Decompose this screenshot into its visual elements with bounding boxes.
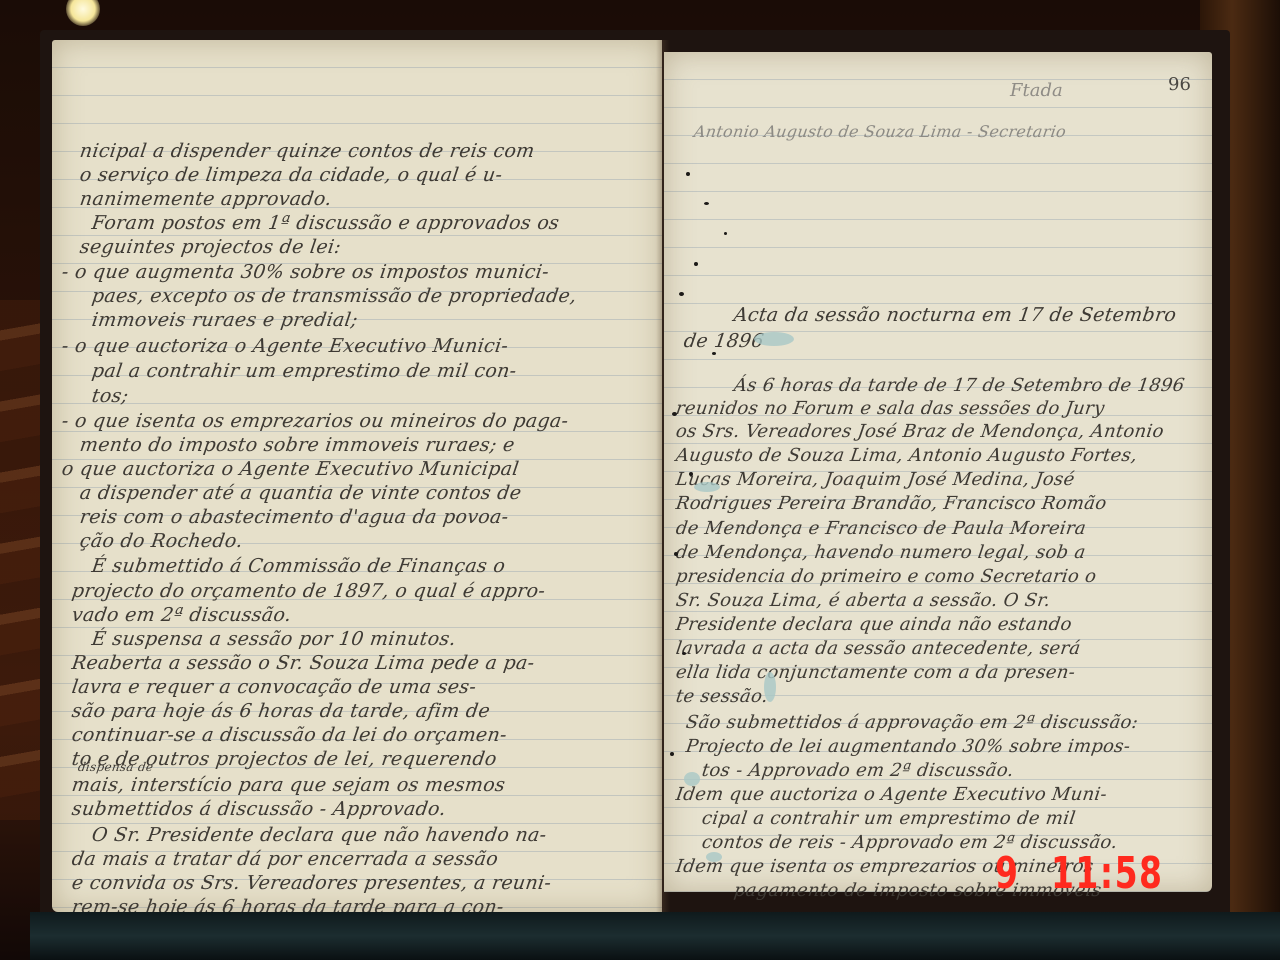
handwritten-line: Rodrigues Pereira Brandão, Francisco Rom… xyxy=(675,493,1108,514)
ink-spot xyxy=(682,652,686,655)
timestamp-day: 9 xyxy=(995,848,1019,899)
handwritten-line: - o que isenta os emprezarios ou mineiro… xyxy=(60,410,569,432)
handwritten-line: reunidos no Forum e sala das sessões do … xyxy=(675,398,1106,419)
handwritten-line: a dispender até a quantia de vinte conto… xyxy=(78,482,522,504)
handwritten-line: submettidos á discussão - Approvado. xyxy=(70,798,447,820)
ink-spot xyxy=(674,552,678,556)
ink-spot xyxy=(686,172,690,176)
handwritten-line: lavrada a acta da sessão antecedente, se… xyxy=(675,638,1082,659)
water-stain xyxy=(694,482,720,492)
handwritten-line: de Mendonça e Francisco de Paula Moreira xyxy=(675,518,1088,539)
handwritten-line: Presidente declara que ainda não estando xyxy=(675,614,1074,635)
handwritten-line: tos - Approvado em 2ª discussão. xyxy=(701,760,1016,781)
handwritten-line: reis com o abastecimento d'agua da povoa… xyxy=(78,506,510,528)
handwritten-line: São submettidos á approvação em 2ª discu… xyxy=(685,712,1140,733)
handwritten-line: ção do Rochedo. xyxy=(78,530,244,552)
ink-spot xyxy=(704,202,709,205)
handwritten-line: É suspensa a sessão por 10 minutos. xyxy=(90,628,457,650)
handwritten-line: Idem que auctoriza o Agente Executivo Mu… xyxy=(675,784,1109,805)
table-edge xyxy=(30,912,1280,960)
pencil-annotation: Ftada xyxy=(1010,80,1063,101)
ink-spot xyxy=(670,752,674,756)
acta-title: de 1896 xyxy=(682,330,765,352)
handwritten-line: tos; xyxy=(90,385,130,407)
lamp-glare xyxy=(66,0,100,26)
ink-spot xyxy=(672,412,677,416)
handwritten-line: vado em 2ª discussão. xyxy=(70,604,292,626)
handwritten-line: - o que augmenta 30% sobre os impostos m… xyxy=(60,261,550,283)
right-page: Antonio Augusto de Souza Lima - Secretar… xyxy=(664,52,1212,892)
header-line: Antonio Augusto de Souza Lima - Secretar… xyxy=(693,122,1068,141)
handwritten-line: mais, interstício para que sejam os mesm… xyxy=(70,774,506,796)
handwritten-line: pal a contrahir um emprestimo de mil con… xyxy=(90,360,518,382)
left-page: nicipal a dispender quinze contos de rei… xyxy=(52,40,662,912)
handwritten-line: Ás 6 horas da tarde de 17 de Setembro de… xyxy=(733,375,1186,396)
handwritten-line: o que auctoriza o Agente Executivo Munic… xyxy=(60,458,520,480)
water-stain xyxy=(764,672,776,702)
timestamp-time: 11:58 xyxy=(1051,848,1164,899)
camera-timestamp: 911:58 xyxy=(995,848,1164,899)
handwritten-line: e convida os Srs. Vereadores presentes, … xyxy=(70,872,552,894)
handwritten-line: da mais a tratar dá por encerrada a sess… xyxy=(70,848,499,870)
page-number: 96 xyxy=(1168,74,1191,95)
handwritten-line: paes, excepto os de transmissão de propr… xyxy=(90,285,578,307)
water-stain xyxy=(684,772,700,786)
handwritten-line: te sessão. xyxy=(675,686,770,707)
handwritten-line: lavra e requer a convocação de uma ses- xyxy=(70,676,477,698)
handwritten-line: cipal a contrahir um emprestimo de mil xyxy=(701,808,1077,829)
handwritten-line: nicipal a dispender quinze contos de rei… xyxy=(78,140,536,162)
ink-spot xyxy=(694,262,698,266)
handwritten-line: os Srs. Vereadores José Braz de Mendonça… xyxy=(675,421,1166,442)
interlinear-note: dispensa de xyxy=(77,760,154,774)
handwritten-line: são para hoje ás 6 horas da tarde, afim … xyxy=(70,700,491,722)
handwritten-line: Projecto de lei augmentando 30% sobre im… xyxy=(685,736,1132,757)
handwritten-line: ella lida conjunctamente com a da presen… xyxy=(675,662,1077,683)
handwritten-line: Reaberta a sessão o Sr. Souza Lima pede … xyxy=(70,652,535,674)
ink-spot xyxy=(724,232,727,235)
acta-title: Acta da sessão nocturna em 17 de Setembr… xyxy=(732,304,1177,326)
handwritten-line: immoveis ruraes e predial; xyxy=(90,309,359,331)
handwritten-line: É submettido á Commissão de Finanças o xyxy=(90,555,506,577)
ink-spot xyxy=(712,352,716,355)
handwritten-line: presidencia do primeiro e como Secretari… xyxy=(675,566,1098,587)
handwritten-line: Lucas Moreira, Joaquim José Medina, José xyxy=(675,469,1077,490)
handwritten-line: Foram postos em 1ª discussão e approvado… xyxy=(90,212,560,234)
handwritten-line: seguintes projectos de lei: xyxy=(78,236,342,258)
handwritten-line: O Sr. Presidente declara que não havendo… xyxy=(90,824,548,846)
handwritten-line: - o que auctoriza o Agente Executivo Mun… xyxy=(60,335,509,357)
handwritten-line: mento do imposto sobre immoveis ruraes; … xyxy=(78,434,516,456)
ink-spot xyxy=(679,292,684,296)
handwritten-line: Augusto de Souza Lima, Antonio Augusto F… xyxy=(675,445,1139,466)
handwritten-line: o serviço de limpeza da cidade, o qual é… xyxy=(78,164,503,186)
water-stain xyxy=(754,332,794,346)
handwritten-line: nanimemente approvado. xyxy=(78,188,333,210)
handwritten-line: de Mendonça, havendo numero legal, sob a xyxy=(675,542,1088,563)
ink-spot xyxy=(689,472,693,476)
handwritten-line: continuar-se a discussão da lei do orçam… xyxy=(70,724,508,746)
handwritten-line: projecto do orçamento de 1897, o qual é … xyxy=(70,580,546,602)
water-stain xyxy=(706,852,722,862)
handwritten-line: Sr. Souza Lima, é aberta a sessão. O Sr. xyxy=(675,590,1052,611)
